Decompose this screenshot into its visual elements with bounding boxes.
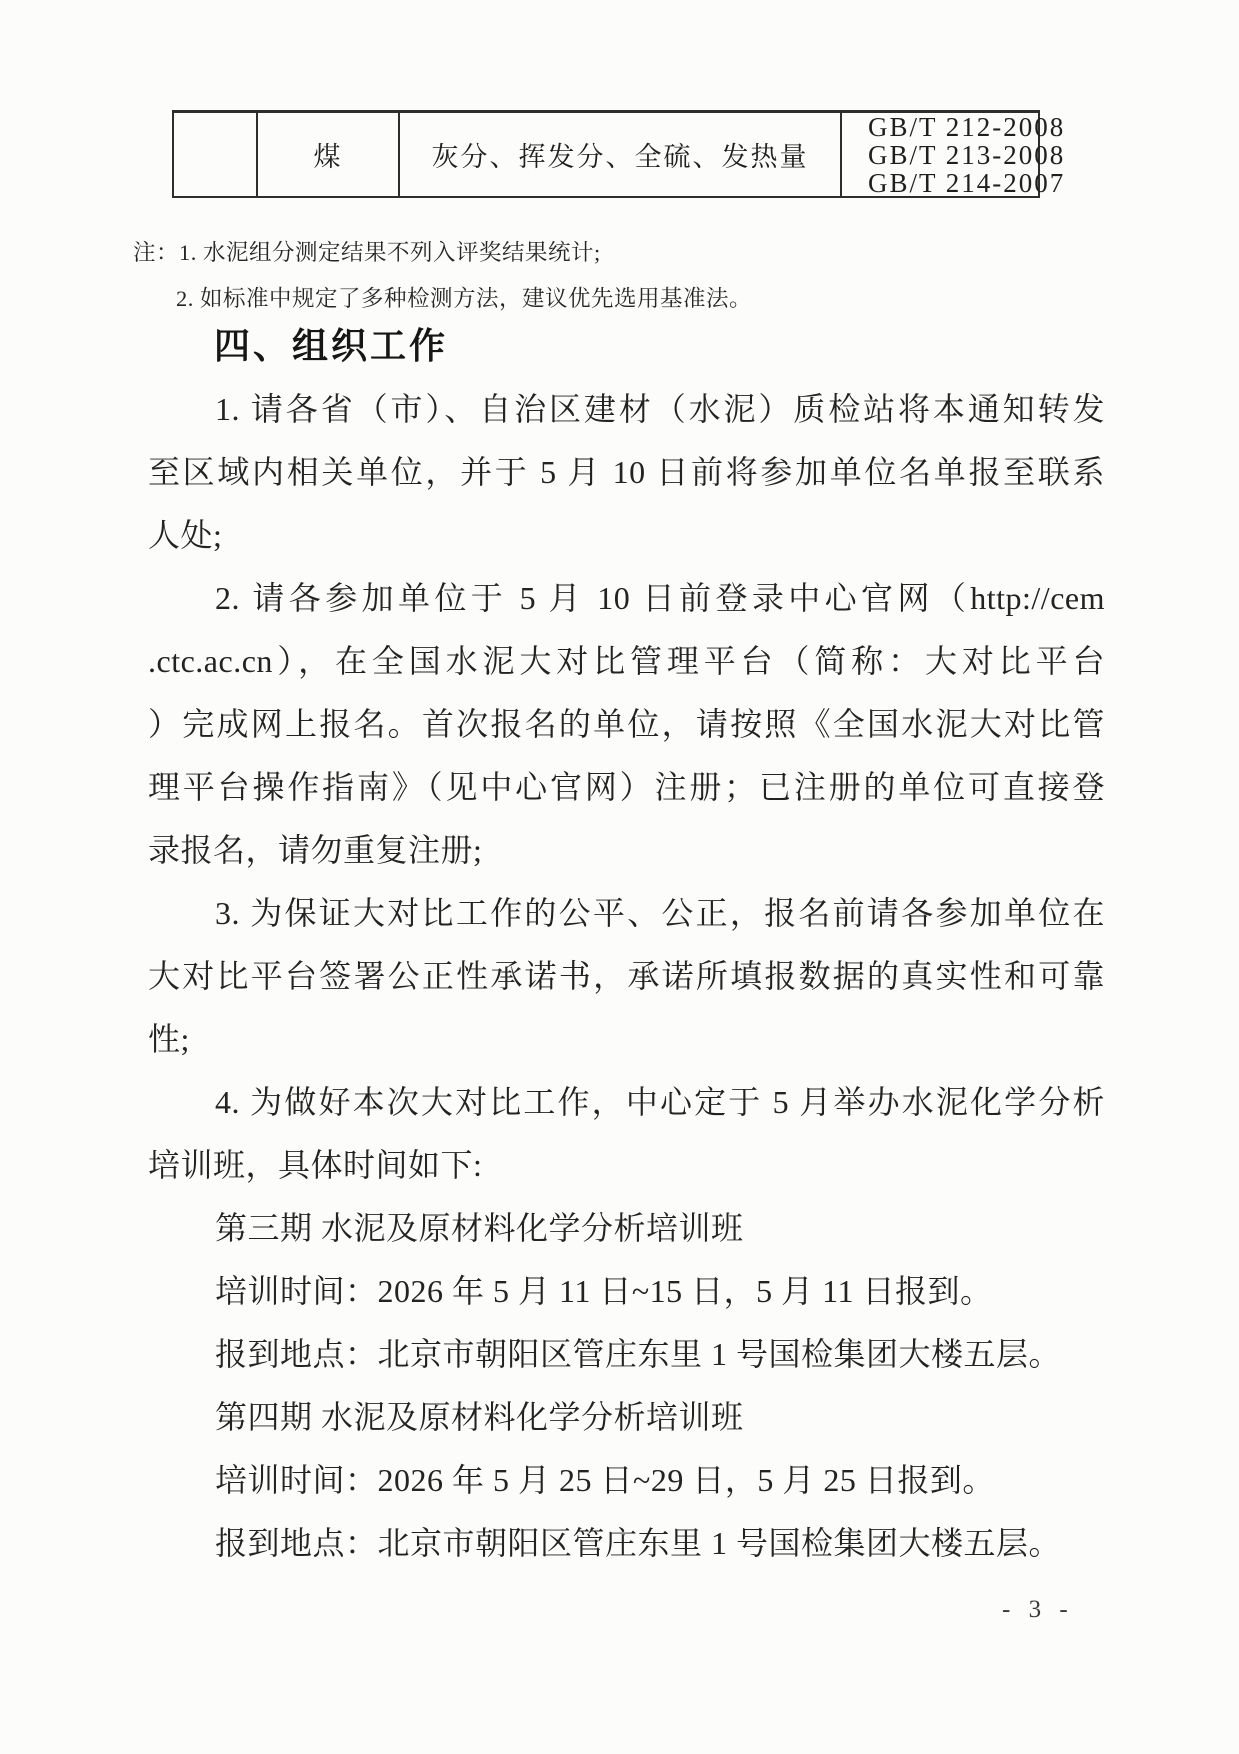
body-line: 人处;: [148, 504, 1105, 567]
table-cell-standards: GB/T 212-2008GB/T 213-2008GB/T 214-2007: [840, 113, 1065, 196]
note-label: 注：: [133, 240, 179, 265]
body-line: 第四期 水泥及原材料化学分析培训班: [148, 1386, 1105, 1449]
note-line-1: 注：1. 水泥组分测定结果不列入评奖结果统计;: [133, 230, 1013, 276]
body-line: 培训班，具体时间如下:: [148, 1134, 1105, 1197]
body-line: 培训时间：2026 年 5 月 11 日~15 日，5 月 11 日报到。: [148, 1260, 1105, 1323]
body-line: 大对比平台签署公正性承诺书，承诺所填报数据的真实性和可靠: [148, 945, 1105, 1008]
table-notes: 注：1. 水泥组分测定结果不列入评奖结果统计; 2. 如标准中规定了多种检测方法…: [133, 230, 1013, 322]
section-body: 1. 请各省（市）、自治区建材（水泥）质检站将本通知转发至区域内相关单位，并于 …: [148, 378, 1105, 1575]
note-text-1: 1. 水泥组分测定结果不列入评奖结果统计;: [179, 240, 601, 265]
body-line: 2. 请各参加单位于 5 月 10 日前登录中心官网（http://cem: [148, 567, 1105, 630]
body-line: 1. 请各省（市）、自治区建材（水泥）质检站将本通知转发: [148, 378, 1105, 441]
standards-table: 煤 灰分、挥发分、全硫、发热量 GB/T 212-2008GB/T 213-20…: [172, 110, 1040, 198]
body-line: 性;: [148, 1008, 1105, 1071]
note-text-2: 2. 如标准中规定了多种检测方法，建议优先选用基准法。: [176, 286, 752, 311]
body-line: 至区域内相关单位，并于 5 月 10 日前将参加单位名单报至联系: [148, 441, 1105, 504]
body-line: .ctc.ac.cn），在全国水泥大对比管理平台（简称：大对比平台: [148, 630, 1105, 693]
table-cell-blank: [174, 113, 256, 196]
body-line: 录报名，请勿重复注册;: [148, 819, 1105, 882]
body-line: 报到地点：北京市朝阳区管庄东里 1 号国检集团大楼五层。: [148, 1323, 1105, 1386]
body-line: 报到地点：北京市朝阳区管庄东里 1 号国检集团大楼五层。: [148, 1512, 1105, 1575]
note-line-2: 2. 如标准中规定了多种检测方法，建议优先选用基准法。: [133, 276, 1013, 322]
body-line: 理平台操作指南》（见中心官网）注册；已注册的单位可直接登: [148, 756, 1105, 819]
document-page: 煤 灰分、挥发分、全硫、发热量 GB/T 212-2008GB/T 213-20…: [0, 0, 1239, 1754]
table-cell-parameters: 灰分、挥发分、全硫、发热量: [398, 113, 840, 196]
body-line: 培训时间：2026 年 5 月 25 日~29 日，5 月 25 日报到。: [148, 1449, 1105, 1512]
body-line: 第三期 水泥及原材料化学分析培训班: [148, 1197, 1105, 1260]
standard-ref: GB/T 213-2008: [868, 141, 1065, 169]
page-number: - 3 -: [1002, 1596, 1074, 1624]
standard-ref: GB/T 214-2007: [868, 169, 1065, 197]
table-cell-material: 煤: [256, 113, 398, 196]
section-heading: 四、组织工作: [214, 318, 448, 369]
body-line: 4. 为做好本次大对比工作，中心定于 5 月举办水泥化学分析: [148, 1071, 1105, 1134]
standard-ref: GB/T 212-2008: [868, 113, 1065, 141]
body-line: ）完成网上报名。首次报名的单位，请按照《全国水泥大对比管: [148, 693, 1105, 756]
body-line: 3. 为保证大对比工作的公平、公正，报名前请各参加单位在: [148, 882, 1105, 945]
